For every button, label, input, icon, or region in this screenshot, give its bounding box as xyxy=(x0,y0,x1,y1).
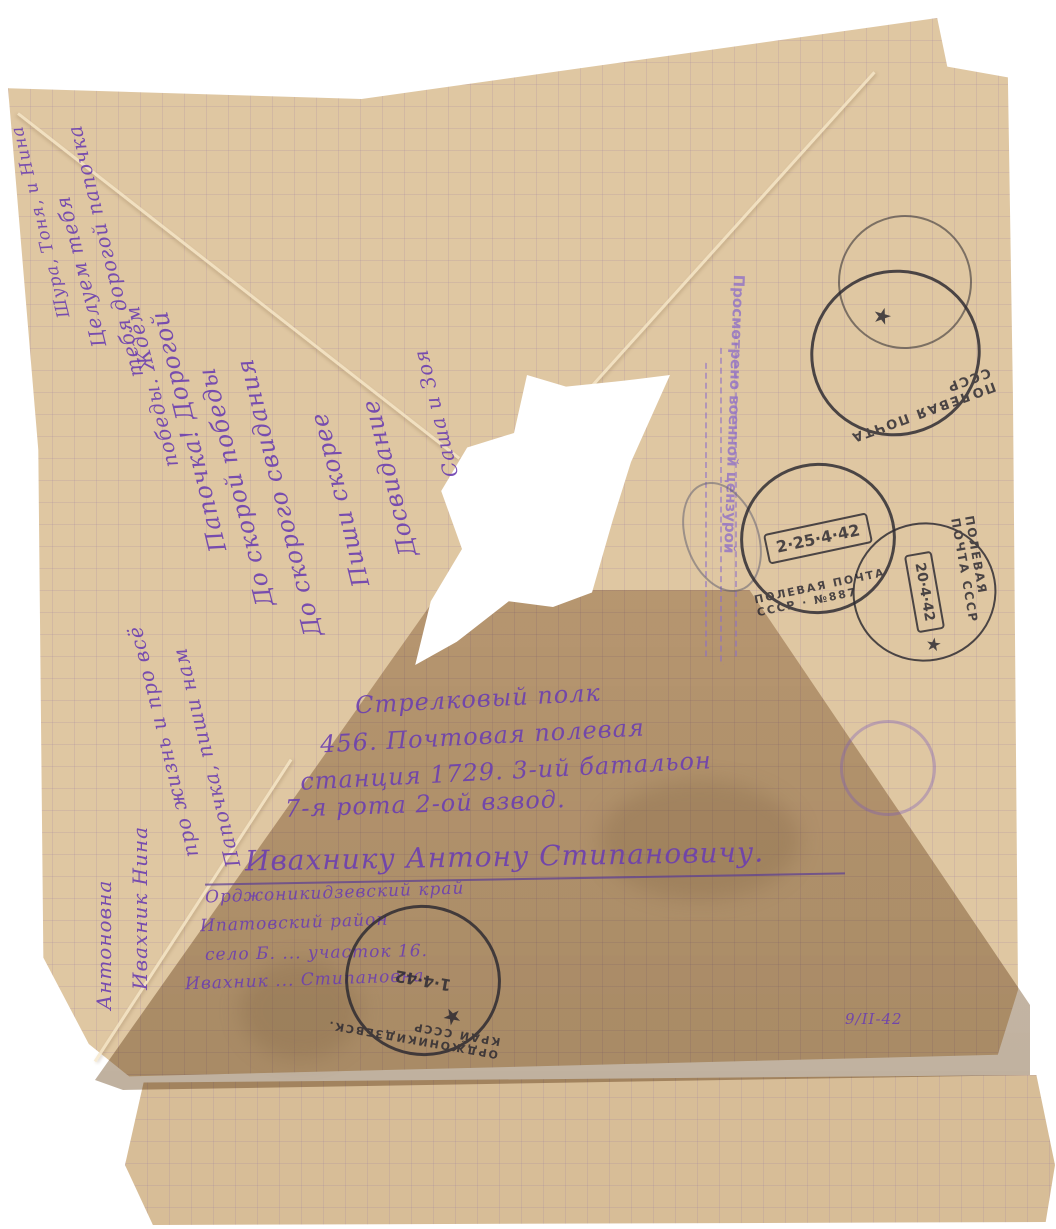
postmark-date: 2·25·4·42 xyxy=(763,512,872,564)
corner-note: 9/II-42 xyxy=(845,1010,903,1028)
letter-bottom-flap xyxy=(125,1075,1055,1225)
postmark-date: 1·4·42 xyxy=(393,966,452,995)
side-signature-line: Ивахник Нина xyxy=(128,826,152,990)
faded-stamp xyxy=(840,720,936,816)
postmark-date: 20·4·42 xyxy=(904,550,945,633)
star-icon: ★ xyxy=(441,1002,465,1030)
star-icon: ★ xyxy=(922,635,945,655)
side-signature-line: Антоновна xyxy=(92,880,116,1010)
